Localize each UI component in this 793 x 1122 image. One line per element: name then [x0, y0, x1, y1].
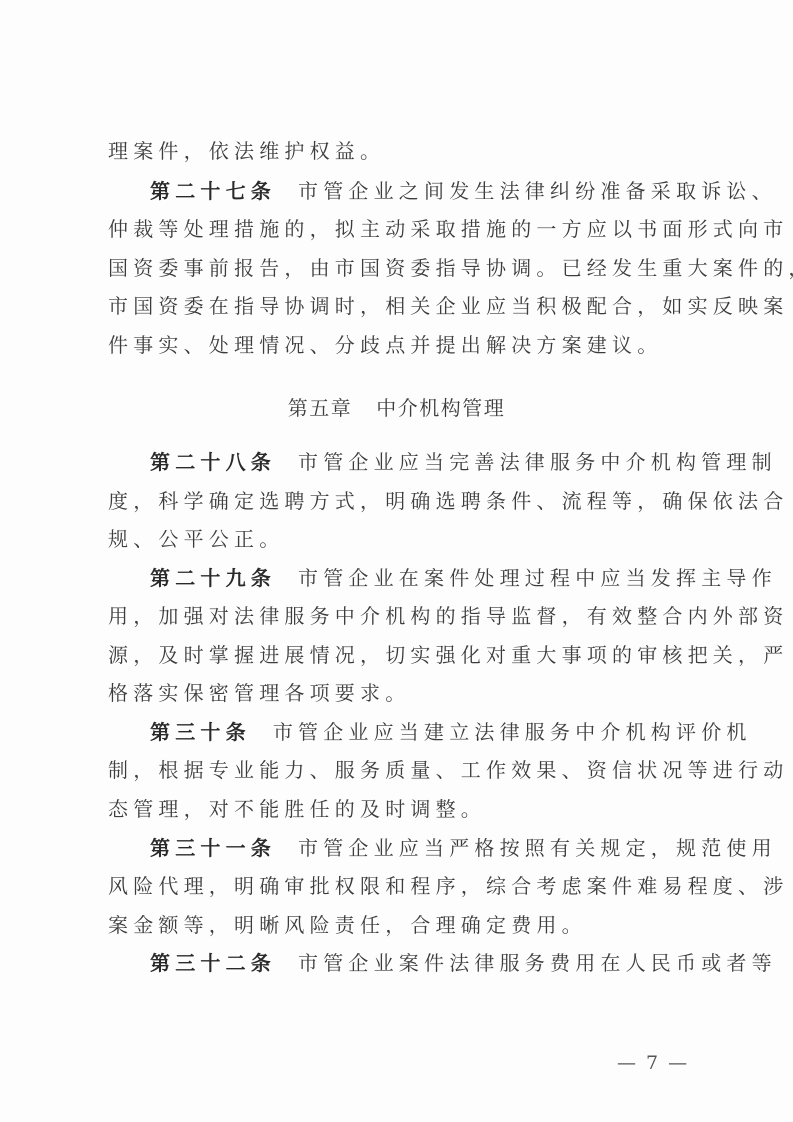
article-label: 第三十条 — [150, 720, 251, 744]
article-29-line: 第二十九条市管企业在案件处理过程中应当发挥主导作 — [150, 563, 690, 593]
body-line: 仲裁等处理措施的，拟主动采取措施的一方应以书面形式向市 — [108, 214, 688, 244]
page-number: — 7 — — [617, 1050, 689, 1076]
body-line: 规、公平公正。 — [108, 524, 688, 554]
line-text: 案金额等，明晰风险责任，合理确定费用。 — [108, 913, 587, 937]
line-text: 制，根据专业能力、服务质量、工作效果、资信状况等进行动 — [108, 758, 788, 782]
article-label: 第三十二条 — [150, 951, 276, 975]
line-text: 源，及时掌握进展情况，切实强化对重大事项的审核把关，严 — [108, 643, 788, 667]
line-text: 市国资委在指导协调时，相关企业应当积极配合，如实反映案 — [108, 294, 788, 318]
article-label: 第二十八条 — [150, 450, 276, 474]
line-text: 格落实保密管理各项要求。 — [108, 681, 410, 705]
line-text: 仲裁等处理措施的，拟主动采取措施的一方应以书面形式向市 — [108, 217, 788, 241]
line-text: 市管企业在案件处理过程中应当发挥主导作 — [298, 566, 777, 590]
line-text: 件事实、处理情况、分歧点并提出解决方案建议。 — [108, 333, 662, 357]
chapter-number: 第五章 — [288, 396, 353, 420]
body-line: 市国资委在指导协调时，相关企业应当积极配合，如实反映案 — [108, 291, 688, 321]
line-text: 态管理，对不能胜任的及时调整。 — [108, 797, 486, 821]
line-text: 市管企业案件法律服务费用在人民币或者等 — [298, 951, 777, 975]
article-27-line: 第二十七条市管企业之间发生法律纠纷准备采取诉讼、 — [150, 176, 690, 206]
body-line: 风险代理，明确审批权限和程序，综合考虑案件难易程度、涉 — [108, 871, 688, 901]
line-text: 理案件，依法维护权益。 — [108, 139, 385, 163]
body-line: 源，及时掌握进展情况，切实强化对重大事项的审核把关，严 — [108, 640, 688, 670]
line-text: 市管企业应当严格按照有关规定，规范使用 — [298, 836, 777, 860]
line-text: 风险代理，明确审批权限和程序，综合考虑案件难易程度、涉 — [108, 874, 788, 898]
chapter-title: 中介机构管理 — [376, 396, 505, 420]
body-line: 格落实保密管理各项要求。 — [108, 678, 688, 708]
body-line: 制，根据专业能力、服务质量、工作效果、资信状况等进行动 — [108, 755, 688, 785]
body-line: 度，科学确定选聘方式，明确选聘条件、流程等，确保依法合 — [108, 486, 688, 516]
body-line: 案金额等，明晰风险责任，合理确定费用。 — [108, 910, 688, 940]
line-text: 规、公平公正。 — [108, 527, 284, 551]
article-label: 第二十七条 — [150, 179, 276, 203]
article-32-line: 第三十二条市管企业案件法律服务费用在人民币或者等 — [150, 948, 690, 978]
line-text: 用，加强对法律服务中介机构的指导监督，有效整合内外部资 — [108, 604, 788, 628]
article-31-line: 第三十一条市管企业应当严格按照有关规定，规范使用 — [150, 833, 690, 863]
line-text: 市管企业应当完善法律服务中介机构管理制 — [298, 450, 777, 474]
body-line: 态管理，对不能胜任的及时调整。 — [108, 794, 688, 824]
body-line: 件事实、处理情况、分歧点并提出解决方案建议。 — [108, 330, 688, 360]
chapter-heading: 第五章中介机构管理 — [0, 393, 793, 423]
article-label: 第二十九条 — [150, 566, 276, 590]
body-line: 国资委事前报告，由市国资委指导协调。已经发生重大案件的， — [108, 253, 688, 283]
line-text: 度，科学确定选聘方式，明确选聘条件、流程等，确保依法合 — [108, 489, 788, 513]
line-text: 市管企业应当建立法律服务中介机构评价机 — [273, 720, 752, 744]
article-label: 第三十一条 — [150, 836, 276, 860]
line-text: 国资委事前报告，由市国资委指导协调。已经发生重大案件的， — [108, 256, 793, 280]
body-line: 理案件，依法维护权益。 — [108, 136, 688, 166]
article-28-line: 第二十八条市管企业应当完善法律服务中介机构管理制 — [150, 447, 690, 477]
line-text: 市管企业之间发生法律纠纷准备采取诉讼、 — [298, 179, 777, 203]
body-line: 用，加强对法律服务中介机构的指导监督，有效整合内外部资 — [108, 601, 688, 631]
document-page: 理案件，依法维护权益。 第二十七条市管企业之间发生法律纠纷准备采取诉讼、 仲裁等… — [0, 0, 793, 1122]
article-30-line: 第三十条市管企业应当建立法律服务中介机构评价机 — [150, 717, 690, 747]
